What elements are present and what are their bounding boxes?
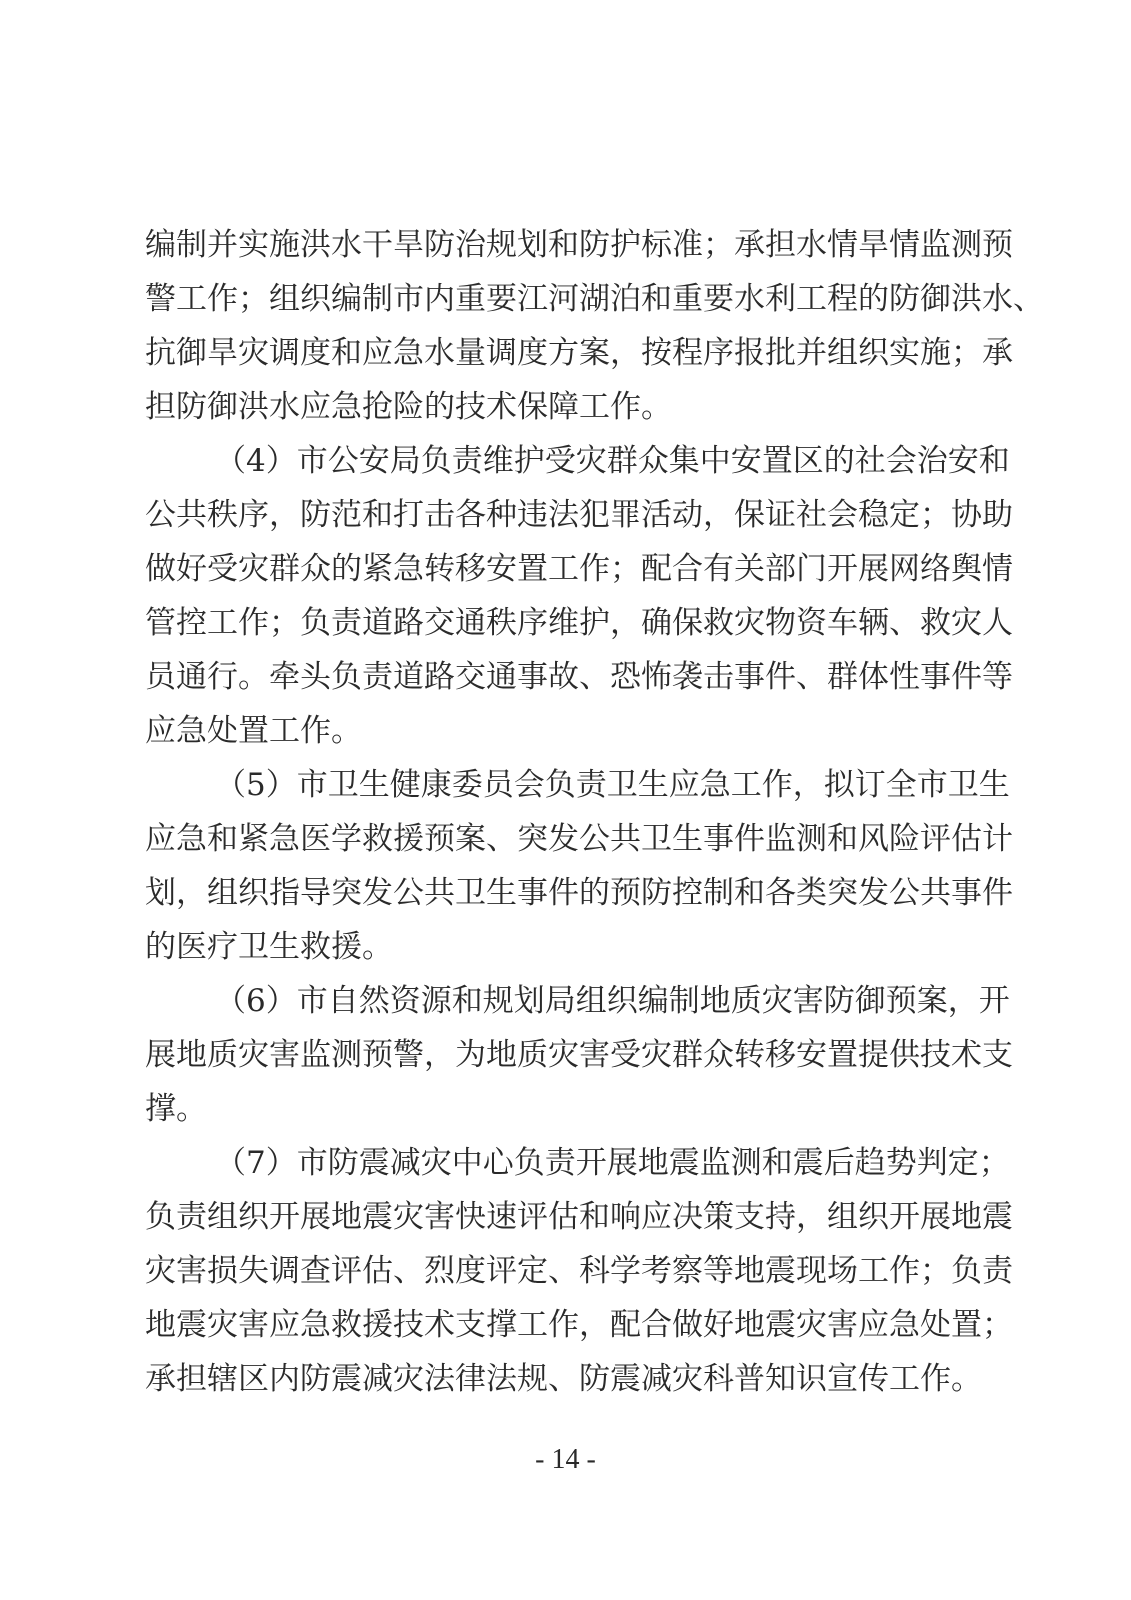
text-line: 灾害损失调查评估、烈度评定、科学考察等地震现场工作；负责 bbox=[145, 1251, 967, 1291]
text-line: 抗御旱灾调度和应急水量调度方案，按程序报批并组织实施；承 bbox=[145, 333, 967, 373]
text-line: 应急和紧急医学救援预案、突发公共卫生事件监测和风险评估计 bbox=[145, 819, 967, 859]
text-line: 担防御洪水应急抢险的技术保障工作。 bbox=[145, 387, 967, 427]
text-line: 的医疗卫生救援。 bbox=[145, 927, 967, 967]
text-line: 警工作；组织编制市内重要江河湖泊和重要水利工程的防御洪水、 bbox=[145, 279, 967, 319]
paragraph-4-first-line: （4）市公安局负责维护受灾群众集中安置区的社会治安和 bbox=[215, 441, 967, 481]
text-line: 管控工作；负责道路交通秩序维护，确保救灾物资车辆、救灾人 bbox=[145, 603, 967, 643]
paragraph-6-first-line: （6）市自然资源和规划局组织编制地质灾害防御预案，开 bbox=[215, 981, 967, 1021]
text-line: 负责组织开展地震灾害快速评估和响应决策支持，组织开展地震 bbox=[145, 1197, 967, 1237]
paragraph-7-first-line: （7）市防震减灾中心负责开展地震监测和震后趋势判定； bbox=[215, 1143, 967, 1183]
paragraph-5-first-line: （5）市卫生健康委员会负责卫生应急工作，拟订全市卫生 bbox=[215, 765, 967, 805]
text-line: 承担辖区内防震减灾法律法规、防震减灾科普知识宣传工作。 bbox=[145, 1359, 967, 1399]
document-page: 编制并实施洪水干旱防治规划和防护标准；承担水情旱情监测预 警工作；组织编制市内重… bbox=[0, 0, 1131, 1600]
text-line: 展地质灾害监测预警，为地质灾害受灾群众转移安置提供技术支 bbox=[145, 1035, 967, 1075]
text-line: 应急处置工作。 bbox=[145, 711, 967, 751]
text-line: 员通行。牵头负责道路交通事故、恐怖袭击事件、群体性事件等 bbox=[145, 657, 967, 697]
text-line: 公共秩序，防范和打击各种违法犯罪活动，保证社会稳定；协助 bbox=[145, 495, 967, 535]
text-line: 撑。 bbox=[145, 1089, 967, 1129]
text-line: 做好受灾群众的紧急转移安置工作；配合有关部门开展网络舆情 bbox=[145, 549, 967, 589]
text-line: 地震灾害应急救援技术支撑工作，配合做好地震灾害应急处置； bbox=[145, 1305, 967, 1345]
page-number: - 14 - bbox=[0, 1443, 1131, 1477]
text-line: 编制并实施洪水干旱防治规划和防护标准；承担水情旱情监测预 bbox=[145, 225, 967, 265]
text-line: 划，组织指导突发公共卫生事件的预防控制和各类突发公共事件 bbox=[145, 873, 967, 913]
